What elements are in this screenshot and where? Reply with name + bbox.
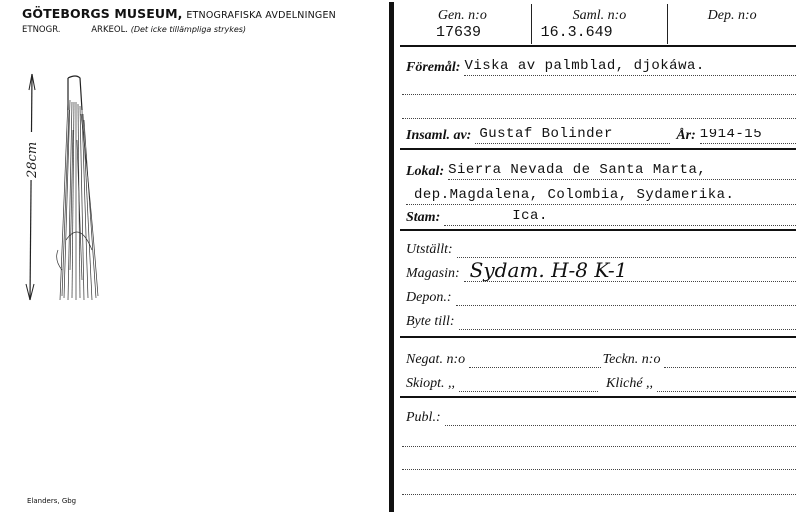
lokal-value-1: Sierra Nevada de Santa Marta, <box>448 162 706 178</box>
foremal-line-3[interactable] <box>402 118 796 119</box>
lokal-label: Lokal: <box>406 164 444 180</box>
divider <box>400 336 796 338</box>
foremal-line-2[interactable] <box>402 94 796 95</box>
publ-line-2[interactable] <box>402 446 796 447</box>
foremal-value: Viska av palmblad, djokáwa. <box>464 58 704 74</box>
lokal-field-2[interactable]: dep.Magdalena, Colombia, Sydamerika. <box>406 190 796 205</box>
stam-label: Stam: <box>406 210 440 226</box>
depon-field[interactable] <box>456 291 797 306</box>
magasin-field[interactable]: Sydam. H-8 K-1 <box>464 267 796 282</box>
publ-line-3[interactable] <box>402 469 796 470</box>
byte-label: Byte till: <box>406 314 455 330</box>
kliche-field[interactable] <box>657 377 796 392</box>
publ-field[interactable] <box>445 411 796 426</box>
field-insaml: Insaml. av: Gustaf Bolinder År: 1914-15 <box>406 126 796 144</box>
byte-field[interactable] <box>459 315 796 330</box>
ar-field[interactable]: 1914-15 <box>700 129 796 144</box>
publ-label: Publ.: <box>406 410 441 426</box>
saml-number-value[interactable]: 16.3.649 <box>541 24 613 41</box>
field-magasin: Magasin: Sydam. H-8 K-1 <box>406 264 796 282</box>
teckn-label: Teckn. n:o <box>603 352 661 368</box>
divider <box>400 229 796 231</box>
printer-imprint: Elanders, Gbg <box>27 497 76 505</box>
magasin-label: Magasin: <box>406 266 460 282</box>
publ-line-4[interactable] <box>402 494 796 495</box>
dep-number-cell: Dep. n:o <box>667 4 796 44</box>
skiopt-label: Skiopt. ,, <box>406 376 455 392</box>
field-stam: Stam: Ica. <box>406 208 796 226</box>
department-type-line: ETNOGR. ARKEOL. (Det icke tillämpliga st… <box>22 25 246 35</box>
insaml-value: Gustaf Bolinder <box>479 126 613 142</box>
field-skiopt-kliche: Skiopt. ,, Kliché ,, <box>406 374 796 392</box>
measurement-label: 28cm <box>25 142 40 179</box>
field-depon: Depon.: <box>406 288 796 306</box>
divider <box>400 45 796 47</box>
ar-value: 1914-15 <box>700 129 762 142</box>
field-negat-teckn: Negat. n:o Teckn. n:o <box>406 350 796 368</box>
lokal-field[interactable]: Sierra Nevada de Santa Marta, <box>448 165 796 180</box>
card-left-panel: GÖTEBORGS MUSEUM, ETNOGRAFISKA AVDELNING… <box>0 0 388 515</box>
field-utstallt: Utställt: <box>406 240 796 258</box>
magasin-value: Sydam. H-8 K-1 <box>470 258 628 282</box>
negat-label: Negat. n:o <box>406 352 465 368</box>
gen-number-value[interactable]: 17639 <box>436 24 481 41</box>
saml-number-cell: Saml. n:o 16.3.649 <box>531 4 668 44</box>
museum-name: GÖTEBORGS MUSEUM, <box>22 6 183 21</box>
field-foremal: Föremål: Viska av palmblad, djokáwa. <box>406 58 796 76</box>
gen-number-label: Gen. n:o <box>394 8 531 24</box>
field-lokal-2: dep.Magdalena, Colombia, Sydamerika. <box>406 187 796 205</box>
utstallt-field[interactable] <box>457 243 796 258</box>
field-publ: Publ.: <box>406 408 796 426</box>
field-byte: Byte till: <box>406 312 796 330</box>
lokal-value-2: dep.Magdalena, Colombia, Sydamerika. <box>414 187 734 203</box>
foremal-label: Föremål: <box>406 60 460 76</box>
insaml-field[interactable]: Gustaf Bolinder <box>475 129 670 144</box>
utstallt-label: Utställt: <box>406 242 453 258</box>
broom-sketch-icon: 28cm <box>10 70 120 310</box>
foremal-field[interactable]: Viska av palmblad, djokáwa. <box>464 61 796 76</box>
negat-field[interactable] <box>469 353 601 368</box>
divider <box>400 148 796 150</box>
insaml-label: Insaml. av: <box>406 128 471 144</box>
kliche-label: Kliché ,, <box>606 376 653 392</box>
skiopt-field[interactable] <box>459 377 598 392</box>
depon-label: Depon.: <box>406 290 452 306</box>
dept-arkeol: ARKEOL. <box>91 25 128 35</box>
gen-number-cell: Gen. n:o 17639 <box>394 4 531 44</box>
ar-label: År: <box>676 128 695 144</box>
divider <box>400 396 796 398</box>
stam-value: Ica. <box>512 208 548 224</box>
strike-instruction: (Det icke tillämpliga strykes) <box>131 25 246 34</box>
dep-number-label: Dep. n:o <box>668 8 796 24</box>
teckn-field[interactable] <box>664 353 796 368</box>
dept-etnogr: ETNOGR. <box>22 25 61 35</box>
card-right-panel: Gen. n:o 17639 Saml. n:o 16.3.649 Dep. n… <box>394 0 800 515</box>
field-lokal: Lokal: Sierra Nevada de Santa Marta, <box>406 162 796 180</box>
saml-number-label: Saml. n:o <box>532 8 668 24</box>
department-name: ETNOGRAFISKA AVDELNINGEN <box>186 10 336 21</box>
stam-field[interactable]: Ica. <box>444 211 796 226</box>
museum-header: GÖTEBORGS MUSEUM, ETNOGRAFISKA AVDELNING… <box>22 6 336 21</box>
number-boxes: Gen. n:o 17639 Saml. n:o 16.3.649 Dep. n… <box>394 4 796 44</box>
